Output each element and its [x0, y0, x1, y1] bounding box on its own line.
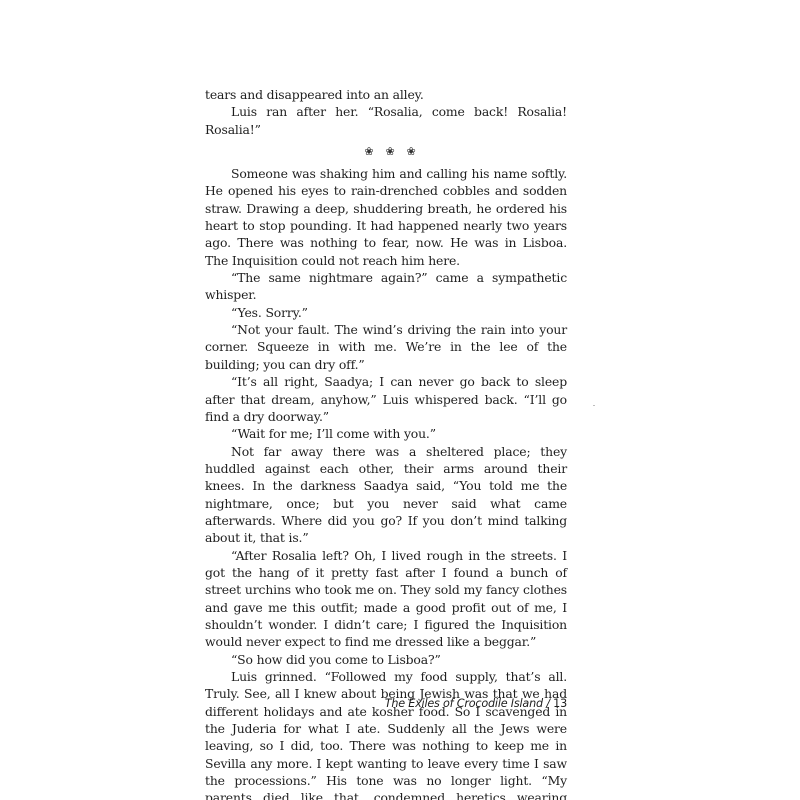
paragraph: “It’s all right, Saadya; I can never go …	[205, 373, 567, 425]
paragraph: “Not your fault. The wind’s driving the …	[205, 321, 567, 373]
book-page-text: tears and disappeared into an alley. Lui…	[205, 86, 567, 800]
paragraph: tears and disappeared into an alley.	[205, 86, 567, 103]
paragraph: “Yes. Sorry.”	[205, 304, 567, 321]
paragraph: “The same nightmare again?” came a sympa…	[205, 269, 567, 304]
footer-separator: /	[543, 697, 553, 710]
paragraph: “So how did you come to Lisboa?”	[205, 651, 567, 668]
paragraph: Someone was shaking him and calling his …	[205, 165, 567, 269]
flower-ornament-icon: ❀	[407, 146, 416, 157]
flower-ornament-icon: ❀	[364, 146, 373, 157]
book-title: The Exiles of Crocodile Island	[385, 697, 543, 710]
page-number: 13	[553, 697, 567, 710]
section-break: ❀ ❀ ❀	[205, 138, 567, 165]
paragraph: Not far away there was a sheltered place…	[205, 443, 567, 547]
paragraph: Luis ran after her. “Rosalia, come back!…	[205, 103, 567, 138]
scan-speck	[593, 405, 595, 406]
running-footer: The Exiles of Crocodile Island / 13	[385, 697, 567, 710]
paragraph: “After Rosalia left? Oh, I lived rough i…	[205, 547, 567, 651]
paragraph: “Wait for me; I’ll come with you.”	[205, 425, 567, 442]
paragraph: Luis grinned. “Followed my food supply, …	[205, 668, 567, 800]
flower-ornament-icon: ❀	[385, 146, 394, 157]
